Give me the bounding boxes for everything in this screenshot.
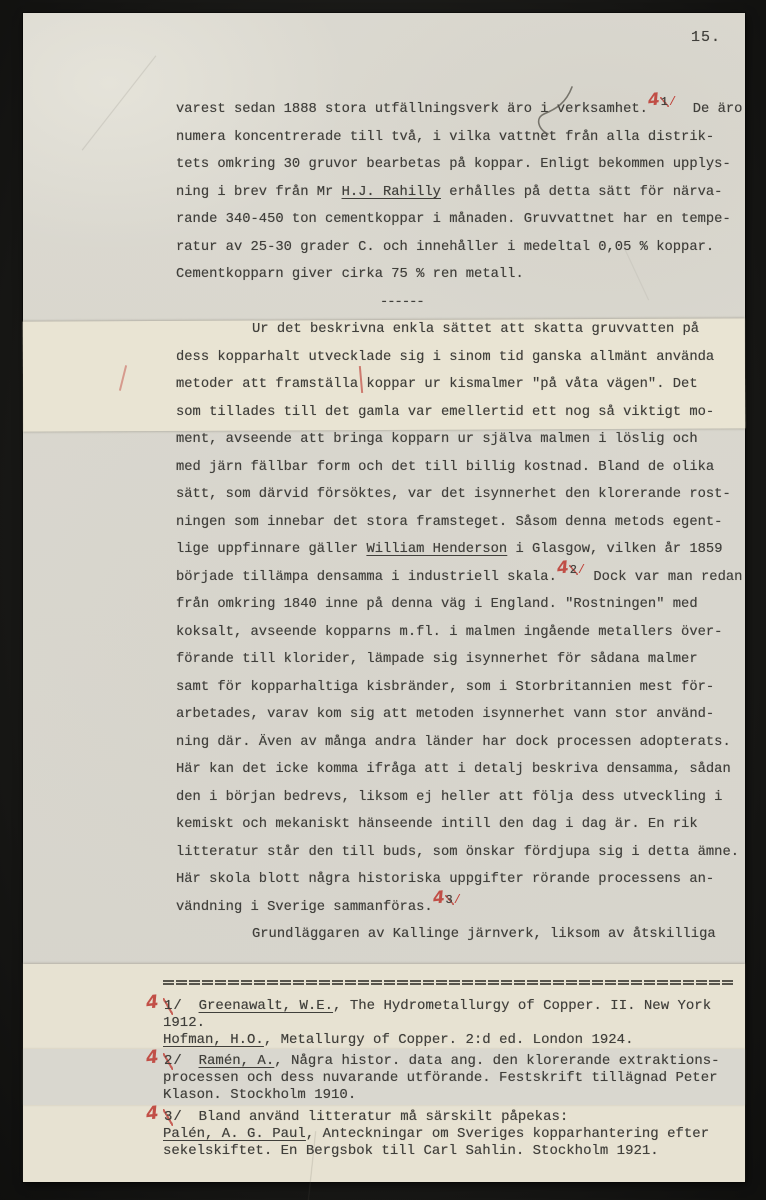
text-segment: kemiskt och mekaniskt hänseende intill d… <box>176 817 698 832</box>
text-segment: ning där. Även av många andra länder har… <box>176 735 731 750</box>
text-segment: , Metallurgy of Copper. 2:d ed. London 1… <box>264 1032 634 1048</box>
text-segment: numera koncentrerade till två, i vilka v… <box>176 130 714 145</box>
footnote-line: processen och dess nuvarande utförande. … <box>163 1070 753 1087</box>
text-segment: erhålles på detta sätt för närva- <box>441 185 723 200</box>
red-handwritten-4: 4 <box>145 1048 159 1066</box>
text-segment: som tillades till det gamla var emellert… <box>176 405 714 420</box>
typed-footnote-digit: 2 <box>163 1053 173 1070</box>
dashed-line <box>163 983 735 985</box>
text-segment: ment, avseende att bringa kopparn ur sjä… <box>176 432 698 447</box>
text-segment: litteratur står den till buds, som önska… <box>176 845 739 860</box>
text-segment: , The Hydrometallurgy of Copper. II. New… <box>333 998 711 1014</box>
text-line: ning i brev från Mr H.J. Rahilly erhålle… <box>176 179 762 207</box>
text-line: som tillades till det gamla var emellert… <box>176 399 762 427</box>
text-line: metoder att framställa koppar ur kismalm… <box>176 371 762 399</box>
red-handwritten-4: 4 <box>647 94 660 105</box>
text-segment: processen och dess nuvarande utförande. … <box>163 1070 718 1086</box>
footnote-number: 42/ <box>163 1053 182 1070</box>
text-segment: Grundläggaren av Kallinge järnverk, liks… <box>252 927 716 942</box>
typewritten-body-text: varest sedan 1888 stora utfällningsverk … <box>176 96 762 949</box>
underlined-text: William Henderson <box>366 542 507 557</box>
text-line: dess kopparhalt utvecklade sig i sinom t… <box>176 344 762 372</box>
text-segment: Klason. Stockholm 1910. <box>163 1087 356 1103</box>
text-segment: , Några histor. data ang. den klorerande… <box>274 1053 719 1069</box>
footnote-number-slash: / <box>173 1053 181 1069</box>
text-line: ningen som innebar det stora framsteget.… <box>176 509 762 537</box>
underlined-text: Ramén, A. <box>199 1053 275 1069</box>
footnote-42: 42/ Ramén, A., Några histor. data ang. d… <box>163 1053 753 1105</box>
scanned-document-page: { "page_number": "15.", "colors": { "fra… <box>0 0 766 1200</box>
text-segment: lige uppfinnare gäller <box>176 542 366 557</box>
text-line: arbetades, varav kom sig att metoden isy… <box>176 701 762 729</box>
text-segment: Här skola blott några historiska uppgift… <box>176 872 714 887</box>
text-line: Här kan det icke komma ifråga att i deta… <box>176 756 762 784</box>
renumber-annotation: 42/ <box>557 563 585 575</box>
footnote-line: 42/ Ramén, A., Några histor. data ang. d… <box>163 1053 753 1070</box>
underlined-text: Greenawalt, W.E. <box>199 998 333 1014</box>
text-segment: Dock var man redan <box>585 570 742 585</box>
text-segment <box>182 998 199 1014</box>
text-line: numera koncentrerade till två, i vilka v… <box>176 124 762 152</box>
text-segment: förande till klorider, lämpade sig isynn… <box>176 652 698 667</box>
text-segment: 1912. <box>163 1015 205 1031</box>
footnote-number: 43/ <box>163 1109 182 1126</box>
text-segment: De äro <box>676 102 742 117</box>
text-segment: Bland använd litteratur må särskilt påpe… <box>199 1109 569 1125</box>
footnote-line: Klason. Stockholm 1910. <box>163 1087 753 1104</box>
red-margin-mark <box>119 365 127 391</box>
text-segment: Här kan det icke komma ifråga att i deta… <box>176 762 731 777</box>
text-line: vändning i Sverige sammanföras.43/ <box>176 894 762 922</box>
footnote-separator-rule <box>163 980 735 985</box>
text-segment: koksalt, avseende kopparns m.fl. i malme… <box>176 625 722 640</box>
text-segment: varest sedan 1888 stora utfällningsverk … <box>176 102 648 117</box>
text-line: med järn fällbar form och det till billi… <box>176 454 762 482</box>
text-segment: med järn fällbar form och det till billi… <box>176 460 714 475</box>
renumber-annotation: 43/ <box>433 893 461 905</box>
text-line: samt för kopparhaltiga kisbränder, som i… <box>176 674 762 702</box>
footnote-line: Hofman, H.O., Metallurgy of Copper. 2:d … <box>163 1032 753 1049</box>
red-handwritten-4: 4 <box>145 993 159 1011</box>
text-segment: samt för kopparhaltiga kisbränder, som i… <box>176 680 714 695</box>
footnote-line: sekelskiftet. En Bergsbok till Carl Sahl… <box>163 1143 753 1160</box>
text-segment: från omkring 1840 inne på denna väg i En… <box>176 597 698 612</box>
text-segment: sätt, som därvid försöktes, var det isyn… <box>176 487 731 502</box>
footnote-41: 41/ Greenawalt, W.E., The Hydrometallurg… <box>163 998 753 1050</box>
text-line: förande till klorider, lämpade sig isynn… <box>176 646 762 674</box>
text-segment: sekelskiftet. En Bergsbok till Carl Sahl… <box>163 1143 659 1159</box>
text-line: ning där. Även av många andra länder har… <box>176 729 762 757</box>
typed-footnote-digit: 1 <box>163 998 173 1015</box>
underlined-text: Hofman, H.O. <box>163 1032 264 1048</box>
text-line: den i början bedrevs, liksom ej heller a… <box>176 784 762 812</box>
footnote-line: 1912. <box>163 1015 753 1032</box>
text-segment: ning i brev från Mr <box>176 185 342 200</box>
underlined-text: H.J. Rahilly <box>342 185 441 200</box>
text-line: koksalt, avseende kopparns m.fl. i malme… <box>176 619 762 647</box>
text-line: ment, avseende att bringa kopparn ur sjä… <box>176 426 762 454</box>
text-segment: , Anteckningar om Sveriges kopparhanteri… <box>306 1126 709 1142</box>
text-line: lige uppfinnare gäller William Henderson… <box>176 536 762 564</box>
text-segment: började tillämpa densamma i industriell … <box>176 570 557 585</box>
text-segment: arbetades, varav kom sig att metoden isy… <box>176 707 714 722</box>
red-handwritten-4: 4 <box>432 892 445 903</box>
red-handwritten-4: 4 <box>556 562 569 573</box>
paragraph-separator-dashes: ------ <box>380 289 762 317</box>
text-line: Cementkopparn giver cirka 75 % ren metal… <box>176 261 762 289</box>
text-segment <box>182 1053 199 1069</box>
annotation-slash: / <box>454 893 461 907</box>
text-line: varest sedan 1888 stora utfällningsverk … <box>176 96 762 124</box>
footnote-line: Palén, A. G. Paul, Anteckningar om Sveri… <box>163 1126 753 1143</box>
text-line: ratur av 25-30 grader C. och innehåller … <box>176 234 762 262</box>
footnote-number: 41/ <box>163 998 182 1015</box>
text-segment <box>182 1109 199 1125</box>
renumber-annotation: 41/ <box>648 95 676 107</box>
text-segment: Cementkopparn giver cirka 75 % ren metal… <box>176 267 524 282</box>
typed-footnote-digit: 1 <box>660 97 669 107</box>
footnote-number-slash: / <box>173 998 181 1014</box>
text-line: Grundläggaren av Kallinge järnverk, liks… <box>252 921 762 949</box>
footnote-43: 43/ Bland använd litteratur må särskilt … <box>163 1109 753 1161</box>
text-line: kemiskt och mekaniskt hänseende intill d… <box>176 811 762 839</box>
text-segment: Ur det beskrivna enkla sättet att skatta… <box>252 322 699 337</box>
text-line: tets omkring 30 gruvor bearbetas på kopp… <box>176 151 762 179</box>
text-segment: ningen som innebar det stora framsteget.… <box>176 515 722 530</box>
text-line: rande 340-450 ton cementkoppar i månaden… <box>176 206 762 234</box>
dashed-line <box>163 980 735 982</box>
text-line: Här skola blott några historiska uppgift… <box>176 866 762 894</box>
typewritten-sheet: 15. varest sedan 1888 stora utfällningsv… <box>23 13 745 1182</box>
text-line: började tillämpa densamma i industriell … <box>176 564 762 592</box>
text-segment: vändning i Sverige sammanföras. <box>176 900 433 915</box>
page-number: 15. <box>691 29 721 46</box>
text-segment: metoder att framställa koppar ur kismalm… <box>176 377 698 392</box>
footnote-line: 41/ Greenawalt, W.E., The Hydrometallurg… <box>163 998 753 1015</box>
text-line: litteratur står den till buds, som önska… <box>176 839 762 867</box>
text-segment: dess kopparhalt utvecklade sig i sinom t… <box>176 350 714 365</box>
text-line: Ur det beskrivna enkla sättet att skatta… <box>252 316 762 344</box>
text-segment: i Glasgow, vilken år 1859 <box>507 542 722 557</box>
text-segment: rande 340-450 ton cementkoppar i månaden… <box>176 212 731 227</box>
footnote-line: 43/ Bland använd litteratur må särskilt … <box>163 1109 753 1126</box>
underlined-text: Palén, A. G. Paul <box>163 1126 306 1142</box>
paper-crease <box>81 55 156 151</box>
typed-footnote-digit: 2 <box>569 565 578 575</box>
text-segment: ratur av 25-30 grader C. och innehåller … <box>176 240 714 255</box>
typed-footnote-digit: 3 <box>163 1109 173 1126</box>
text-line: sätt, som därvid försöktes, var det isyn… <box>176 481 762 509</box>
text-line: från omkring 1840 inne på denna väg i En… <box>176 591 762 619</box>
text-segment: tets omkring 30 gruvor bearbetas på kopp… <box>176 157 731 172</box>
typed-footnote-digit: 3 <box>445 895 454 905</box>
text-segment: den i början bedrevs, liksom ej heller a… <box>176 790 722 805</box>
annotation-slash: / <box>669 95 676 109</box>
red-handwritten-4: 4 <box>145 1104 159 1122</box>
footnote-number-slash: / <box>173 1109 181 1125</box>
annotation-slash: / <box>578 563 585 577</box>
